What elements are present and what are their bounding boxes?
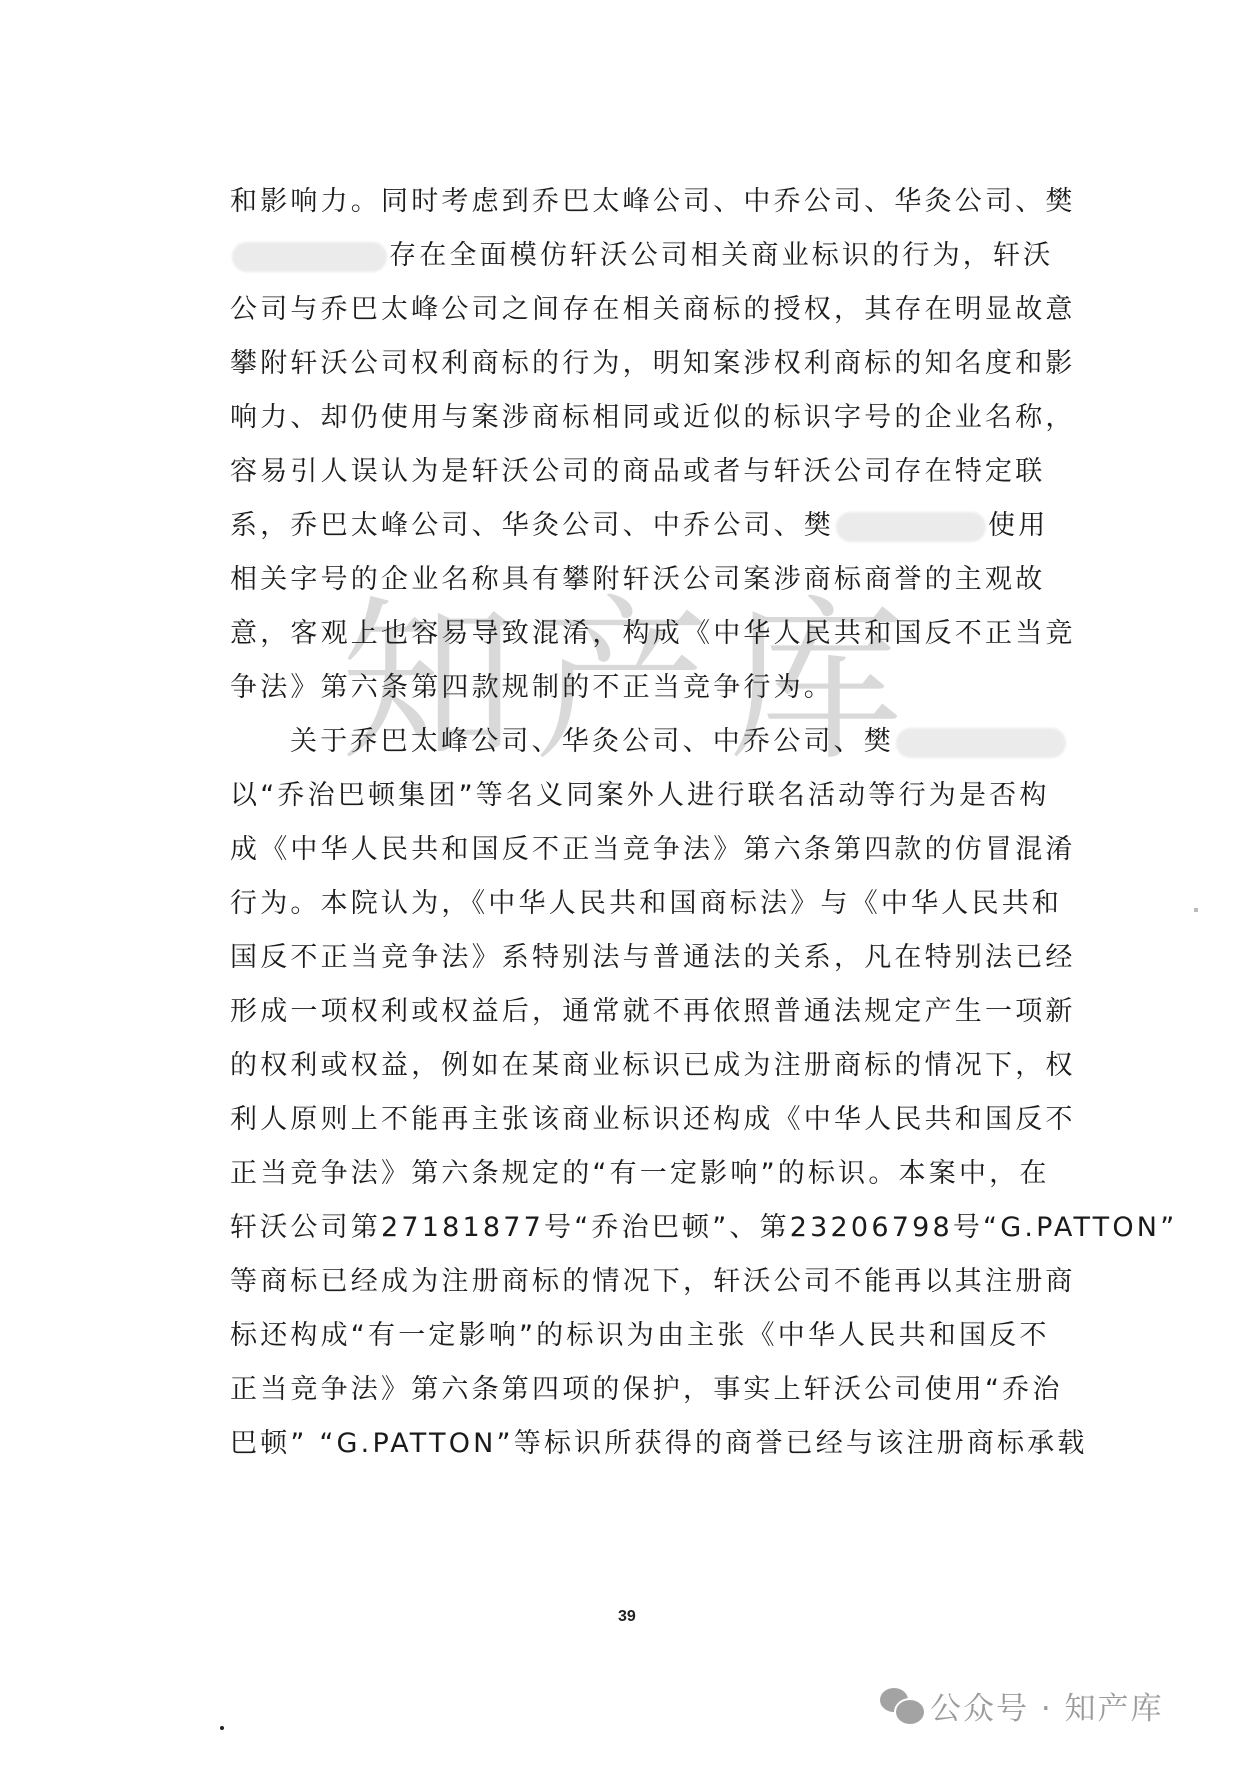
text-line: 行为。本院认为，《中华人民共和国商标法》与《中华人民共和 bbox=[230, 884, 1020, 924]
text-line: 以“乔治巴顿集团”等名义同案外人进行联名活动等行为是否构 bbox=[230, 776, 1020, 816]
text-line: 关于乔巴太峰公司、华灸公司、中乔公司、樊 bbox=[290, 722, 1080, 762]
text-line: 形成一项权利或权益后，通常就不再依照普通法规定产生一项新 bbox=[230, 992, 1020, 1032]
text-line: 正当竞争法》第六条第四项的保护，事实上轩沃公司使用“乔治 bbox=[230, 1370, 1020, 1410]
text-line: 相关字号的企业名称具有攀附轩沃公司案涉商标商誉的主观故 bbox=[230, 560, 1020, 600]
text-line: 存在全面模仿轩沃公司相关商业标识的行为，轩沃 bbox=[230, 236, 1020, 276]
redaction-mask bbox=[836, 512, 986, 542]
text-line: 容易引人误认为是轩沃公司的商品或者与轩沃公司存在特定联 bbox=[230, 452, 1020, 492]
text-segment: 公司与乔巴太峰公司之间存在相关商标的授权，其存在明显故意 bbox=[230, 294, 1076, 325]
text-segment: 行为。本院认为，《中华人民共和国商标法》与《中华人民共和 bbox=[230, 888, 1062, 919]
scan-speck bbox=[1194, 908, 1198, 912]
text-line: 国反不正当竞争法》系特别法与普通法的关系，凡在特别法已经 bbox=[230, 938, 1020, 978]
footer-brand: 公众号 · 知产库 bbox=[880, 1683, 1164, 1728]
wechat-icon bbox=[880, 1688, 922, 1724]
text-line: 攀附轩沃公司权利商标的行为，明知案涉权利商标的知名度和影 bbox=[230, 344, 1020, 384]
text-segment: 成《中华人民共和国反不正当竞争法》第六条第四款的仿冒混淆 bbox=[230, 834, 1076, 865]
text-segment: 意，客观上也容易导致混淆，构成《中华人民共和国反不正当竞 bbox=[230, 618, 1076, 649]
redaction-mask bbox=[232, 242, 387, 272]
text-line: 意，客观上也容易导致混淆，构成《中华人民共和国反不正当竞 bbox=[230, 614, 1020, 654]
text-line: 系，乔巴太峰公司、华灸公司、中乔公司、樊使用 bbox=[230, 506, 1020, 546]
text-segment: 容易引人误认为是轩沃公司的商品或者与轩沃公司存在特定联 bbox=[230, 456, 1045, 487]
text-segment: 响力、却仍使用与案涉商标相同或近似的标识字号的企业名称， bbox=[230, 402, 1076, 433]
text-line: 公司与乔巴太峰公司之间存在相关商标的授权，其存在明显故意 bbox=[230, 290, 1020, 330]
text-segment: 正当竞争法》第六条规定的“有一定影响”的标识。本案中，在 bbox=[230, 1158, 1050, 1189]
scan-dot bbox=[220, 1726, 224, 1730]
document-page: 知产库 和影响力。同时考虑到乔巴太峰公司、中乔公司、华灸公司、樊存在全面模仿轩沃… bbox=[0, 0, 1243, 1770]
text-segment: 存在全面模仿轩沃公司相关商业标识的行为，轩沃 bbox=[389, 240, 1053, 271]
text-segment: 标还构成“有一定影响”的标识为由主张《中华人民共和国反不 bbox=[230, 1320, 1050, 1351]
text-line: 的权利或权益，例如在某商业标识已成为注册商标的情况下，权 bbox=[230, 1046, 1020, 1086]
text-segment: 和影响力。同时考虑到乔巴太峰公司、中乔公司、华灸公司、樊 bbox=[230, 186, 1076, 217]
text-segment: 巴顿” “G.PATTON”等标识所获得的商誉已经与该注册商标承载 bbox=[230, 1428, 1088, 1459]
text-segment: 等商标已经成为注册商标的情况下，轩沃公司不能再以其注册商 bbox=[230, 1266, 1076, 1297]
text-line: 轩沃公司第27181877号“乔治巴顿”、第23206798号“G.PATTON… bbox=[230, 1208, 1020, 1248]
text-line: 等商标已经成为注册商标的情况下，轩沃公司不能再以其注册商 bbox=[230, 1262, 1020, 1302]
text-segment: 相关字号的企业名称具有攀附轩沃公司案涉商标商誉的主观故 bbox=[230, 564, 1045, 595]
text-segment: 使用 bbox=[988, 510, 1048, 541]
text-line: 利人原则上不能再主张该商业标识还构成《中华人民共和国反不 bbox=[230, 1100, 1020, 1140]
text-line: 成《中华人民共和国反不正当竞争法》第六条第四款的仿冒混淆 bbox=[230, 830, 1020, 870]
text-line: 响力、却仍使用与案涉商标相同或近似的标识字号的企业名称， bbox=[230, 398, 1020, 438]
text-line: 巴顿” “G.PATTON”等标识所获得的商誉已经与该注册商标承载 bbox=[230, 1424, 1020, 1464]
text-line: 正当竞争法》第六条规定的“有一定影响”的标识。本案中，在 bbox=[230, 1154, 1020, 1194]
text-line: 和影响力。同时考虑到乔巴太峰公司、中乔公司、华灸公司、樊 bbox=[230, 182, 1020, 222]
text-segment: 利人原则上不能再主张该商业标识还构成《中华人民共和国反不 bbox=[230, 1104, 1076, 1135]
text-segment: 的权利或权益，例如在某商业标识已成为注册商标的情况下，权 bbox=[230, 1050, 1076, 1081]
text-line: 争法》第六条第四款规制的不正当竞争行为。 bbox=[230, 668, 1020, 708]
redaction-mask bbox=[896, 728, 1066, 758]
text-segment: 系，乔巴太峰公司、华灸公司、中乔公司、樊 bbox=[230, 510, 834, 541]
page-number: 39 bbox=[618, 1608, 636, 1626]
text-segment: 国反不正当竞争法》系特别法与普通法的关系，凡在特别法已经 bbox=[230, 942, 1076, 973]
text-segment: 正当竞争法》第六条第四项的保护，事实上轩沃公司使用“乔治 bbox=[230, 1374, 1063, 1405]
text-segment: 关于乔巴太峰公司、华灸公司、中乔公司、樊 bbox=[290, 726, 894, 757]
text-segment: 以“乔治巴顿集团”等名义同案外人进行联名活动等行为是否构 bbox=[230, 780, 1050, 811]
text-segment: 争法》第六条第四款规制的不正当竞争行为。 bbox=[230, 672, 834, 703]
footer-label: 公众号 · 知产库 bbox=[930, 1683, 1164, 1728]
text-segment: 形成一项权利或权益后，通常就不再依照普通法规定产生一项新 bbox=[230, 996, 1076, 1027]
text-line: 标还构成“有一定影响”的标识为由主张《中华人民共和国反不 bbox=[230, 1316, 1020, 1356]
text-segment: 轩沃公司第27181877号“乔治巴顿”、第23206798号“G.PATTON… bbox=[230, 1212, 1177, 1243]
text-segment: 攀附轩沃公司权利商标的行为，明知案涉权利商标的知名度和影 bbox=[230, 348, 1076, 379]
